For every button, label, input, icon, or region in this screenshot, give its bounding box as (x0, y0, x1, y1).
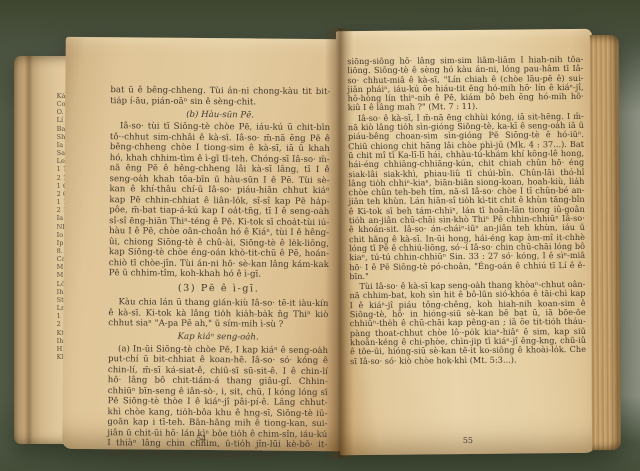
photo-scene: Ká Co O. Lí Ba Sh Ia Sa Le 1 1 2 1 1 6 2… (0, 0, 640, 471)
section-heading: (3) Pē ê ì-gī. (109, 283, 329, 295)
paragraph-continuation: bat ū ê bêng-chheng. Tùi án-ni chong-kàu… (110, 85, 330, 108)
paragraph: Iâ-so· tùi tī Siōng-tè chòe Pē, iáu-kú ū… (109, 121, 330, 280)
paragraph: Tùi Iâ-so· ê kà-sī kap seng-oa̍h thang k… (349, 280, 586, 366)
open-book: Ká Co O. Lí Ba Sh Ia Sa Le 1 1 2 1 1 6 2… (14, 30, 614, 456)
right-page-text: siōng-siōng hō· lâng sim-sim liām-liām I… (336, 29, 595, 366)
right-page: siōng-siōng hō· lâng sim-sim liām-liām I… (336, 29, 596, 455)
subsection-heading: Kap kiáⁿ seng-oa̍h. (108, 331, 328, 343)
left-page: bat ū ê bêng-chheng. Tùi án-ni chong-kàu… (62, 37, 344, 451)
page-number: 55 (340, 435, 596, 446)
book-gutter-shadow (325, 28, 353, 458)
paragraph: Iâ-so· ê kà-sī, I m̄-nā ēng chhùi kóng, … (348, 112, 586, 282)
left-page-edge-strip: Ká Co O. Lí Ba Sh Ia Sa Le 1 1 2 1 1 6 2… (14, 56, 70, 444)
subsection-heading: (b) Hàu-sūn Pē. (110, 109, 330, 121)
paragraph: Kàu chia lán ū thang gián-kiù Iâ-so· tē-… (108, 297, 328, 330)
left-page-text: bat ū ê bêng-chheng. Tùi án-ni chong-kàu… (62, 37, 344, 461)
fore-edge-page-stack (590, 35, 621, 450)
paragraph-continuation: siōng-siōng hō· lâng sim-sim liām-liām I… (347, 55, 584, 113)
